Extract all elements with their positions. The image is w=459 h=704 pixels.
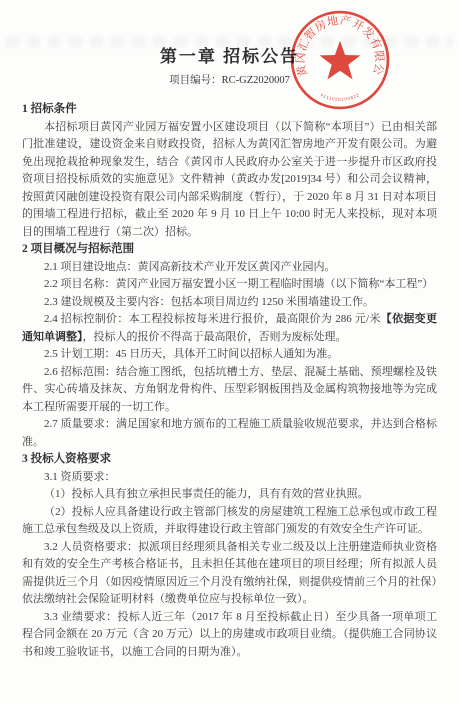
paragraph: 3.1 资质要求：	[22, 469, 437, 487]
paragraph: 2.2 项目名称：黄冈产业园万福安置小区一期工程临时围墙（以下简称“本工程”）	[22, 276, 437, 294]
paragraph: 2.1 项目建设地点：黄冈高新技术产业开发区黄冈产业园内。	[22, 259, 437, 277]
paragraph: 本招标项目黄冈产业园万福安置小区建设项目（以下简称“本项目”）已由相关部门批准建…	[22, 119, 437, 242]
document-page: 第一章 招标公告 项目编号：RC-GZ2020007 1 招标条件 本招标项目黄…	[0, 0, 459, 704]
paragraph: 3.2 人员资格要求：拟派项目经理须具备相关专业二级及以上注册建造师执业资格和有…	[22, 539, 437, 609]
paragraph: 2.7 质量要求：满足国家和地方颁布的工程施工质量验收规范要求，并达到合格标准。	[22, 416, 437, 451]
paragraph: 2.4 招标控制价：本工程投标按每米进行报价，最高限价为 286 元/米【依据变…	[22, 311, 437, 346]
document-content: 第一章 招标公告 项目编号：RC-GZ2020007 1 招标条件 本招标项目黄…	[22, 42, 437, 661]
project-number-value: RC-GZ2020007	[222, 75, 290, 86]
paragraph: 2.3 建设规模及主要内容：包括本项目周边约 1250 米围墙建设工作。	[22, 294, 437, 312]
section-heading-3: 3 投标人资格要求	[22, 451, 437, 469]
paragraph: （2）投标人应具备建设行政主管部门核发的房屋建筑工程施工总承包或市政工程施工总承…	[22, 504, 437, 539]
page-title: 第一章 招标公告	[22, 42, 437, 67]
paragraph-segment: 2.4 招标控制价：本工程投标按每米进行报价，最高限价为 286 元/米	[44, 313, 381, 325]
project-number-label: 项目编号：	[169, 75, 222, 86]
section-heading-1: 1 招标条件	[22, 101, 437, 119]
paragraph-segment: ，投标人的报价不得高于最高限价，否则为废标处理。	[83, 331, 347, 343]
paragraph: （1）投标人具有独立承担民事责任的能力，具有有效的营业执照。	[22, 486, 437, 504]
paragraph: 2.6 招标范围：结合施工图纸，包括坑槽土方、垫层、混凝土基础、预埋螺栓及铁件、…	[22, 364, 437, 417]
paragraph: 3.3 业绩要求：投标人近三年（2017 年 8 月至投标截止日）至少具备一项单…	[22, 609, 437, 662]
section-heading-2: 2 项目概况与招标范围	[22, 241, 437, 259]
paragraph: 2.5 计划工期：45 日历天，具体开工时间以招标人通知为准。	[22, 346, 437, 364]
project-number-line: 项目编号：RC-GZ2020007	[22, 72, 437, 87]
